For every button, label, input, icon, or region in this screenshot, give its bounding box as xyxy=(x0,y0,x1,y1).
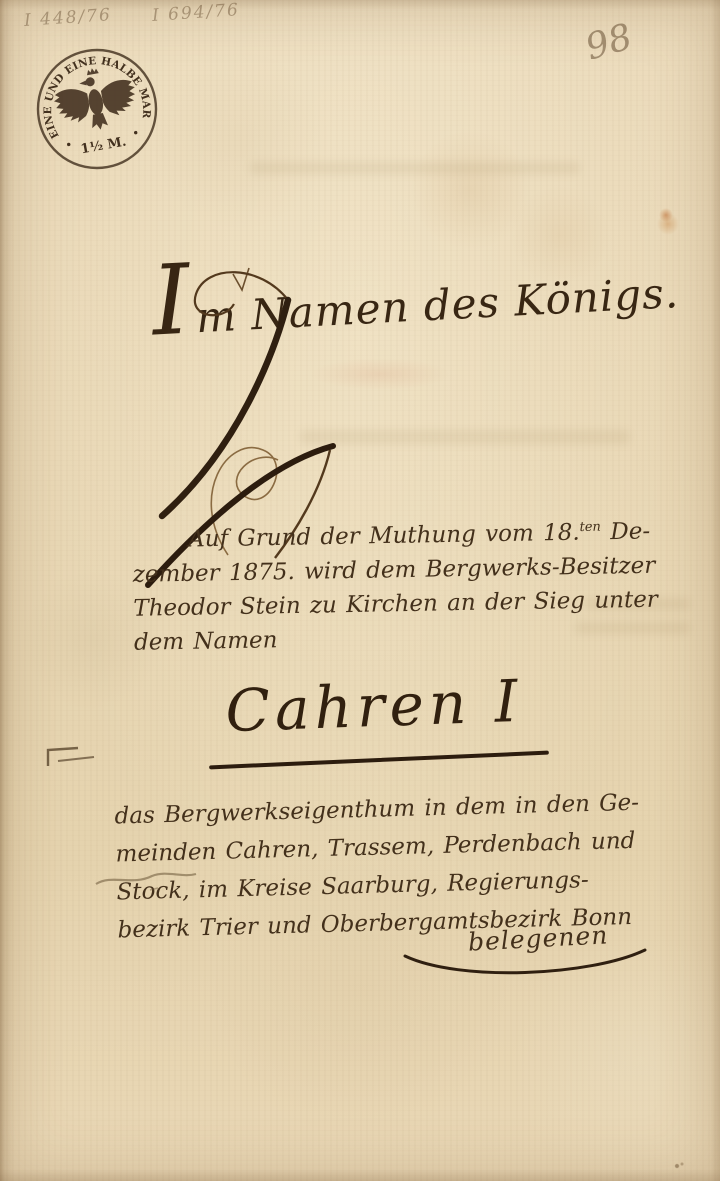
document-page: I 448/76 I 694/76 98 EINE UND EINE HALBE… xyxy=(0,0,720,1181)
document-heading: Im Namen des Königs. xyxy=(150,249,633,344)
archival-file-number: I 448/76 xyxy=(23,5,112,31)
seal-dot-right xyxy=(134,131,138,135)
text-run: Auf Grund der Muthung vom 18. xyxy=(188,520,580,553)
seal-dot-left xyxy=(67,142,71,146)
seal-denomination: 1½ M. xyxy=(80,135,128,158)
closing-word: belegenen xyxy=(467,920,609,956)
paragraph-grant: Auf Grund der Muthung vom 18.ten De- zem… xyxy=(132,509,682,659)
revenue-stamp-seal: EINE UND EINE HALBE MARK 1½ M. xyxy=(22,34,173,185)
ordinal-superscript: ten xyxy=(579,520,601,535)
ink-showthrough xyxy=(250,162,580,174)
mine-name-title: Cahren I xyxy=(187,666,561,747)
corner-speck xyxy=(674,1162,684,1170)
ink-showthrough xyxy=(300,430,630,444)
text-run: De- xyxy=(601,518,651,545)
archival-file-number: I 694/76 xyxy=(151,0,240,26)
page-number: 98 xyxy=(581,16,636,68)
margin-bracket-mark xyxy=(44,744,100,774)
title-underline xyxy=(209,751,549,770)
